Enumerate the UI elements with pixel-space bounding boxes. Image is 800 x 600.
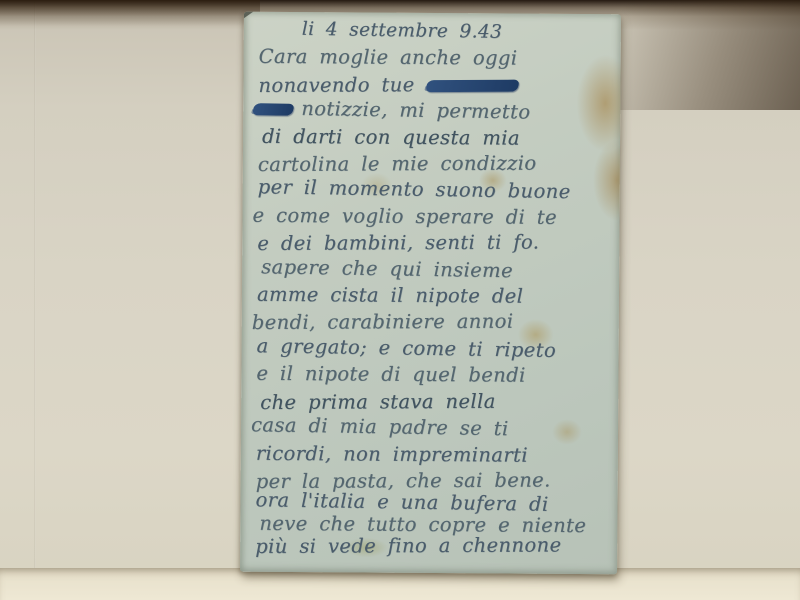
ink-blot-redaction xyxy=(425,79,520,91)
handwritten-line: più si vede fino a chennone xyxy=(255,532,617,560)
handwritten-line: nonavendo tue xyxy=(258,71,620,99)
postcard: li 4 settembre 9.43 Cara moglie anche og… xyxy=(240,12,621,575)
date-line: li 4 settembre 9.43 xyxy=(302,17,621,48)
handwritten-line: che prima stava nella xyxy=(260,388,618,416)
handwritten-line: amme cista il nipote del xyxy=(257,282,619,311)
handwritten-line: Cara moglie anche oggi xyxy=(259,44,621,73)
paper-crease xyxy=(34,0,36,600)
handwritten-line: a gregato; e come ti ripeto xyxy=(256,333,618,365)
handwritten-text: li 4 settembre 9.43 Cara moglie anche og… xyxy=(240,16,621,561)
handwritten-line: e dei bambini, senti ti fo. xyxy=(257,229,619,257)
photo-background: li 4 settembre 9.43 Cara moglie anche og… xyxy=(0,0,800,600)
corner-shadow-left xyxy=(0,0,260,26)
handwritten-line: notizzie, mi permetto xyxy=(253,95,620,127)
handwritten-line: casa di mia padre se ti xyxy=(251,412,618,444)
handwritten-line: per il momento suono buone xyxy=(258,175,620,207)
handwritten-line: di darti con questa mia xyxy=(262,123,620,152)
handwritten-text-fragment: nonavendo tue xyxy=(258,73,414,97)
handwritten-line: e come voglio sperare di te xyxy=(252,203,619,232)
ink-blot-redaction xyxy=(252,103,295,116)
handwritten-text-fragment: notizzie, mi permetto xyxy=(301,97,531,124)
handwritten-line: ricordi, non impreminarti xyxy=(256,440,618,469)
handwritten-line: sapere che qui insieme xyxy=(261,254,619,286)
handwritten-line: e il nipote di quel bendi xyxy=(256,361,618,390)
handwritten-line: ora l'italia e una bufera di xyxy=(255,487,617,519)
handwritten-line: bendi, carabiniere annoi xyxy=(252,309,619,337)
